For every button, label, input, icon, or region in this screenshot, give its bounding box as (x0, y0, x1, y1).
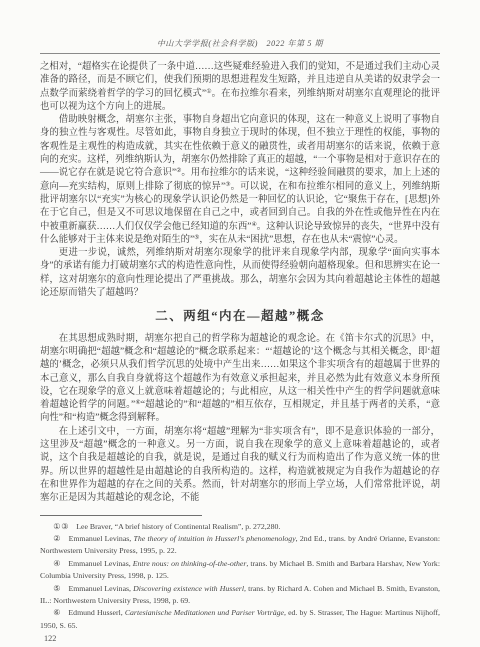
journal-running-head: 中山大学学报(社会科学版) 2022 年第 5 期 (40, 38, 440, 49)
article-body: 之相对，“超格实在论提供了一条中道……这些疑难经验进入我们的觉知，不是通过我们主… (40, 61, 440, 506)
footnote-mark: ①③ (53, 522, 69, 531)
footnote-text: Emmanuel Levinas, Entre nous: on thinkin… (40, 559, 440, 580)
paragraph: 在其思想成熟时期，胡塞尔把自己的哲学称为超越论的观念论。在《笛卡尔式的沉思》中，… (40, 333, 440, 426)
footnote: ⑤Emmanuel Levinas, Discovering existence… (40, 583, 440, 608)
section-heading: 二、两组“内在—超越”概念 (40, 310, 440, 323)
journal-page: 中山大学学报(社会科学版) 2022 年第 5 期 之相对，“超格实在论提供了一… (0, 0, 480, 647)
footnote-mark: ⑤ (53, 584, 61, 593)
footnote-mark: ④ (53, 559, 61, 568)
footnote-mark: ② (53, 534, 61, 543)
paragraph-continuation: 之相对，“超格实在论提供了一条中道……这些疑难经验进入我们的觉知，不是通过我们主… (40, 61, 440, 114)
paragraph: 更进一步说，诚然，列维纳斯对胡塞尔现象学的批评来自现象学内部，现象学“面向实事本… (40, 247, 440, 300)
page-header: 中山大学学报(社会科学版) 2022 年第 5 期 (40, 38, 440, 54)
page-number: 122 (40, 634, 440, 643)
footnote: ④Emmanuel Levinas, Entre nous: on thinki… (40, 558, 440, 583)
footnote: ⑥Edmund Husserl, Cartesianische Meditati… (40, 607, 440, 632)
footnote-divider (40, 515, 202, 516)
footnotes-section: ①③Lee Braver, “A brief history of Contin… (40, 515, 440, 633)
footnote-text: Emmanuel Levinas, Discovering existence … (40, 584, 440, 605)
footnote: ②Emmanuel Levinas, The theory of intuiti… (40, 533, 440, 558)
header-divider (40, 53, 440, 54)
footnote-text: Lee Braver, “A brief history of Continen… (76, 522, 280, 531)
paragraph: 在上述引文中，一方面，胡塞尔将“超越”理解为“非实项含有”，即不是意识体验的一部… (40, 426, 440, 506)
paragraph: 借助映射概念，胡塞尔主张，事物自身超出它向意识的体现，这在一种意义上说明了事物自… (40, 114, 440, 247)
footnote-text: Edmund Husserl, Cartesianische Meditatio… (40, 608, 440, 629)
footnote-text: Emmanuel Levinas, The theory of intuitio… (40, 534, 440, 555)
footnote: ①③Lee Braver, “A brief history of Contin… (40, 521, 440, 533)
footnote-mark: ⑥ (53, 608, 61, 617)
